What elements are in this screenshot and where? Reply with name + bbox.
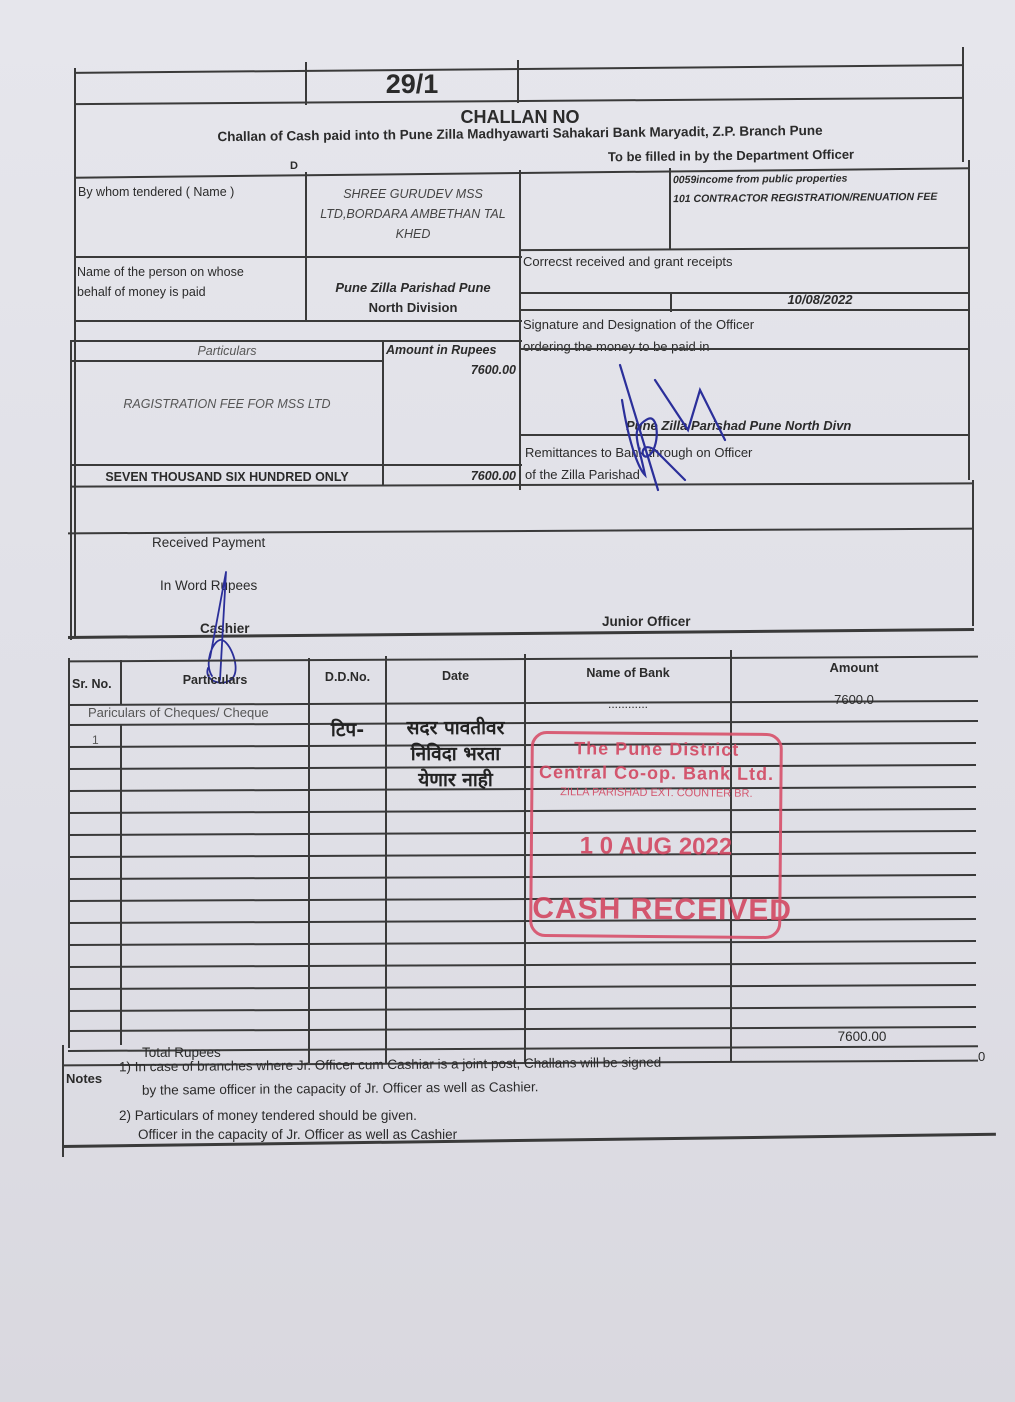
table-row [68, 1006, 976, 1012]
header-amount: Amount [732, 660, 976, 676]
particulars-header: Particulars [72, 343, 382, 359]
received-payment-label: Received Payment [152, 535, 265, 551]
note-item: by the same officer in the capacity of J… [142, 1079, 539, 1098]
stamp-line2: Central Co-op. Bank Ltd. [533, 762, 779, 785]
notes-label: Notes [66, 1071, 102, 1087]
head-line: 0059income from public properties [673, 169, 937, 190]
behalf-value-line: Pune Zilla Parishad Pune [307, 278, 519, 298]
junior-officer-label: Junior Officer [602, 614, 691, 630]
divider [70, 464, 522, 466]
first-amount: 7600.0 [732, 692, 976, 708]
row-sr: 1 [92, 732, 99, 748]
table-row [68, 918, 976, 924]
row-date-note: सदर पावतीवर [387, 720, 524, 736]
note-item: 2) Particulars of money tendered should … [119, 1108, 417, 1124]
divider [517, 60, 519, 103]
signature-line: Signature and Designation of the Officer [523, 314, 754, 336]
head-of-account: 0059income from public properties 101 CO… [673, 169, 938, 209]
table-row [68, 874, 976, 880]
header-date: Date [387, 668, 524, 684]
header-dd-no: D.D.No. [310, 669, 385, 685]
table-row [68, 940, 976, 946]
border-left-lower [70, 340, 72, 640]
row-date-note: निविदा भरता [387, 746, 524, 762]
divider [669, 168, 671, 250]
border-right-top [962, 47, 964, 162]
divider [74, 320, 522, 322]
header-bank: Name of Bank [526, 665, 730, 681]
stamp-line3: ZILLA PARISHAD EXT. COUNTER BR. [533, 786, 779, 800]
table-row [68, 984, 976, 990]
table-row [68, 852, 976, 858]
date-value: 10/08/2022 [672, 292, 968, 308]
header-particulars: Particulars [122, 672, 308, 688]
serial-number: 29/1 [307, 68, 517, 100]
amount-header: Amount in Rupees [386, 342, 496, 358]
divider [519, 309, 970, 311]
row-date-note: येणार नाही [387, 772, 524, 788]
table-row [68, 830, 976, 836]
col-divider [308, 658, 310, 1063]
row-dd: टिप- [310, 722, 385, 738]
bank-stamp: The Pune District Central Co-op. Bank Lt… [529, 731, 783, 939]
cheque-subheader: Pariculars of Cheques/ Cheque [88, 705, 269, 721]
tendered-by-value: SHREE GURUDEV MSS LTD,BORDARA AMBETHAN T… [307, 184, 519, 244]
divider [70, 360, 384, 362]
tendered-line: KHED [307, 224, 519, 244]
head-line: 101 CONTRACTOR REGISTRATION/RENUATION FE… [673, 188, 937, 209]
tendered-by-label: By whom tendered ( Name ) [78, 184, 234, 200]
particulars-value: RAGISTRATION FEE FOR MSS LTD [72, 396, 382, 412]
stray-zero: 0 [978, 1049, 985, 1065]
col-divider [120, 725, 122, 1045]
signature-label: Signature and Designation of the Officer… [523, 314, 754, 358]
behalf-line: behalf of money is paid [77, 282, 244, 302]
divider [519, 170, 521, 490]
divider [74, 97, 964, 105]
border-right-low [972, 480, 974, 626]
total-amount: 7600.00 [386, 468, 516, 484]
total-rupees-value: 7600.00 [740, 1029, 984, 1045]
cashier-signature [198, 568, 248, 683]
table-row [68, 896, 976, 902]
notes-border-left [62, 1045, 64, 1157]
challan-document: 29/1 CHALLAN NO Challan of Cash paid int… [0, 0, 1015, 1402]
officer-signature [600, 360, 760, 495]
stamp-date: 1 0 AUG 2022 [533, 832, 779, 862]
behalf-value: Pune Zilla Parishad Pune North Division [307, 278, 519, 318]
divider [519, 348, 970, 350]
stamp-line1: The Pune District [534, 738, 780, 761]
tendered-line: LTD,BORDARA AMBETHAN TAL [307, 204, 519, 224]
note-item: 1) In case of branches where Jr. Officer… [119, 1055, 661, 1076]
divider [519, 247, 970, 251]
divider [74, 256, 522, 258]
department-note: To be filled in by the Department Office… [608, 147, 854, 166]
signature-line: ordering the money to be paid in [523, 336, 754, 358]
bank-placeholder: ............ [526, 696, 730, 712]
behalf-value-line: North Division [307, 298, 519, 318]
col-divider [385, 656, 387, 1063]
amount-in-words: SEVEN THOUSAND SIX HUNDRED ONLY [72, 469, 382, 485]
border-top [74, 64, 964, 74]
border-right-mid [968, 160, 970, 480]
behalf-label: Name of the person on whose behalf of mo… [77, 262, 244, 302]
subtitle: Challan of Cash paid into th Pune Zilla … [130, 122, 910, 146]
table-row [68, 764, 976, 770]
header-sr-no: Sr. No. [72, 676, 112, 692]
behalf-line: Name of the person on whose [77, 262, 244, 282]
table-row [68, 962, 976, 968]
tendered-line: SHREE GURUDEV MSS [307, 184, 519, 204]
stamp-status: CASH RECEIVED [532, 892, 778, 928]
correct-received-label: Correcst received and grant receipts [523, 254, 733, 270]
amount-value: 7600.00 [386, 362, 516, 378]
divider [68, 528, 974, 535]
stray-letter: D [290, 158, 298, 174]
table-row [68, 808, 976, 814]
col-divider [524, 654, 526, 1063]
